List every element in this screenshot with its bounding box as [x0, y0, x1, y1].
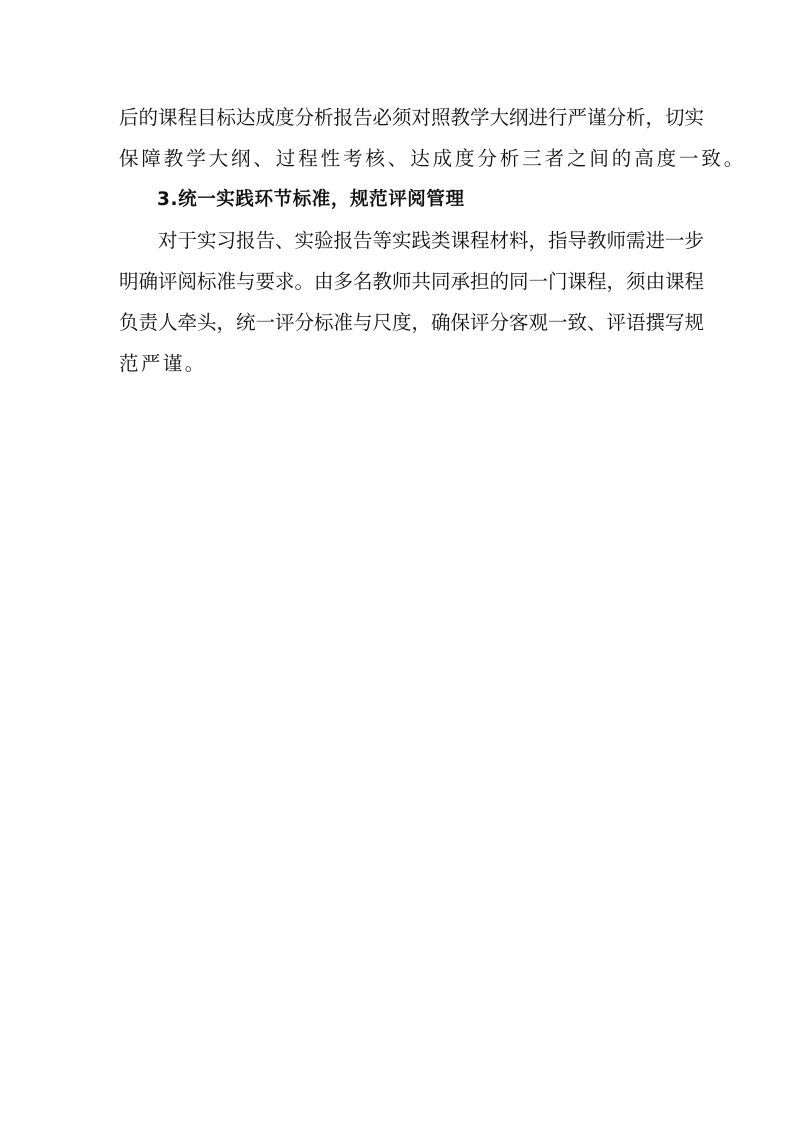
document-page: 后的课程目标达成度分析报告必须对照教学大纲进行严谨分析，切实 保障教学大纲、过程…	[0, 0, 794, 1123]
section-heading: 3.统一实践环节标准，规范评阅管理	[157, 188, 717, 212]
paragraph-line: 保障教学大纲、过程性考核、达成度分析三者之间的高度一致。	[119, 147, 679, 171]
paragraph-line: 范严谨。	[119, 352, 679, 376]
paragraph-line: 负责人牵头，统一评分标准与尺度，确保评分客观一致、评语撰写规	[119, 311, 679, 335]
paragraph-line: 后的课程目标达成度分析报告必须对照教学大纲进行严谨分析，切实	[119, 106, 679, 130]
paragraph-line: 明确评阅标准与要求。由多名教师共同承担的同一门课程，须由课程	[119, 270, 679, 294]
paragraph-line: 对于实习报告、实验报告等实践类课程材料，指导教师需进一步	[158, 229, 679, 253]
